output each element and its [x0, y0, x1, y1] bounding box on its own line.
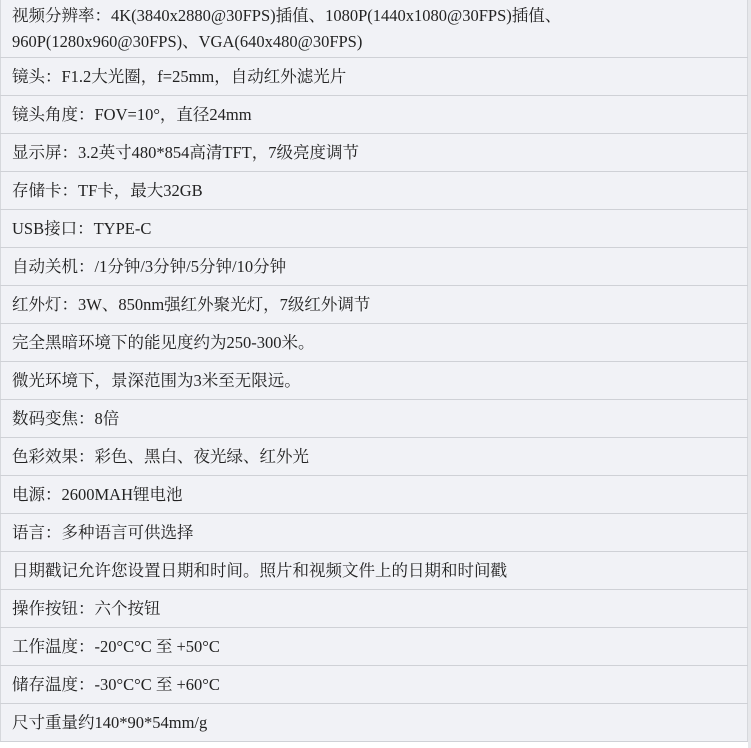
spec-row-ir-light: 红外灯：3W、850nm强红外聚光灯，7级红外调节: [1, 286, 748, 324]
spec-row-date-stamp: 日期戳记允许您设置日期和时间。照片和视频文件上的日期和时间戳: [1, 552, 748, 590]
spec-row-storage-temp: 储存温度：-30°C°C 至 +60°C: [1, 666, 748, 704]
spec-power: 电源：2600MAH锂电池: [1, 476, 748, 514]
spec-row-operating-temp: 工作温度：-20°C°C 至 +50°C: [1, 628, 748, 666]
spec-lens: 镜头：F1.2大光圈，f=25mm，自动红外滤光片: [1, 58, 748, 96]
spec-row-power: 电源：2600MAH锂电池: [1, 476, 748, 514]
spec-buttons: 操作按钮：六个按钮: [1, 590, 748, 628]
spec-row-language: 语言：多种语言可供选择: [1, 514, 748, 552]
spec-row-visibility: 完全黑暗环境下的能见度约为250-300米。: [1, 324, 748, 362]
spec-visibility: 完全黑暗环境下的能见度约为250-300米。: [1, 324, 748, 362]
spec-auto-off: 自动关机：/1分钟/3分钟/5分钟/10分钟: [1, 248, 748, 286]
spec-digital-zoom: 数码变焦：8倍: [1, 400, 748, 438]
spec-row-display: 显示屏：3.2英寸480*854高清TFT，7级亮度调节: [1, 134, 748, 172]
spec-color-effect: 色彩效果：彩色、黑白、夜光绿、红外光: [1, 438, 748, 476]
spec-table: 视频分辨率：4K(3840x2880@30FPS)插值、1080P(1440x1…: [0, 0, 748, 742]
spec-ir-light: 红外灯：3W、850nm强红外聚光灯，7级红外调节: [1, 286, 748, 324]
spec-language: 语言：多种语言可供选择: [1, 514, 748, 552]
spec-date-stamp: 日期戳记允许您设置日期和时间。照片和视频文件上的日期和时间戳: [1, 552, 748, 590]
spec-row-color-effect: 色彩效果：彩色、黑白、夜光绿、红外光: [1, 438, 748, 476]
spec-storage: 存储卡：TF卡，最大32GB: [1, 172, 748, 210]
spec-storage-temp: 储存温度：-30°C°C 至 +60°C: [1, 666, 748, 704]
spec-row-digital-zoom: 数码变焦：8倍: [1, 400, 748, 438]
spec-row-lens: 镜头：F1.2大光圈，f=25mm，自动红外滤光片: [1, 58, 748, 96]
spec-operating-temp: 工作温度：-20°C°C 至 +50°C: [1, 628, 748, 666]
spec-dimensions: 尺寸重量约140*90*54mm/g: [1, 704, 748, 742]
spec-usb: USB接口：TYPE-C: [1, 210, 748, 248]
spec-row-usb: USB接口：TYPE-C: [1, 210, 748, 248]
spec-row-buttons: 操作按钮：六个按钮: [1, 590, 748, 628]
spec-display: 显示屏：3.2英寸480*854高清TFT，7级亮度调节: [1, 134, 748, 172]
spec-lens-angle: 镜头角度：FOV=10°，直径24mm: [1, 96, 748, 134]
spec-row-storage: 存储卡：TF卡，最大32GB: [1, 172, 748, 210]
spec-row-dimensions: 尺寸重量约140*90*54mm/g: [1, 704, 748, 742]
spec-row-depth-of-field: 微光环境下，景深范围为3米至无限远。: [1, 362, 748, 400]
spec-row-video-resolution: 视频分辨率：4K(3840x2880@30FPS)插值、1080P(1440x1…: [1, 0, 748, 58]
spec-video-resolution: 视频分辨率：4K(3840x2880@30FPS)插值、1080P(1440x1…: [1, 0, 748, 58]
spec-row-auto-off: 自动关机：/1分钟/3分钟/5分钟/10分钟: [1, 248, 748, 286]
spec-depth-of-field: 微光环境下，景深范围为3米至无限远。: [1, 362, 748, 400]
spec-row-lens-angle: 镜头角度：FOV=10°，直径24mm: [1, 96, 748, 134]
